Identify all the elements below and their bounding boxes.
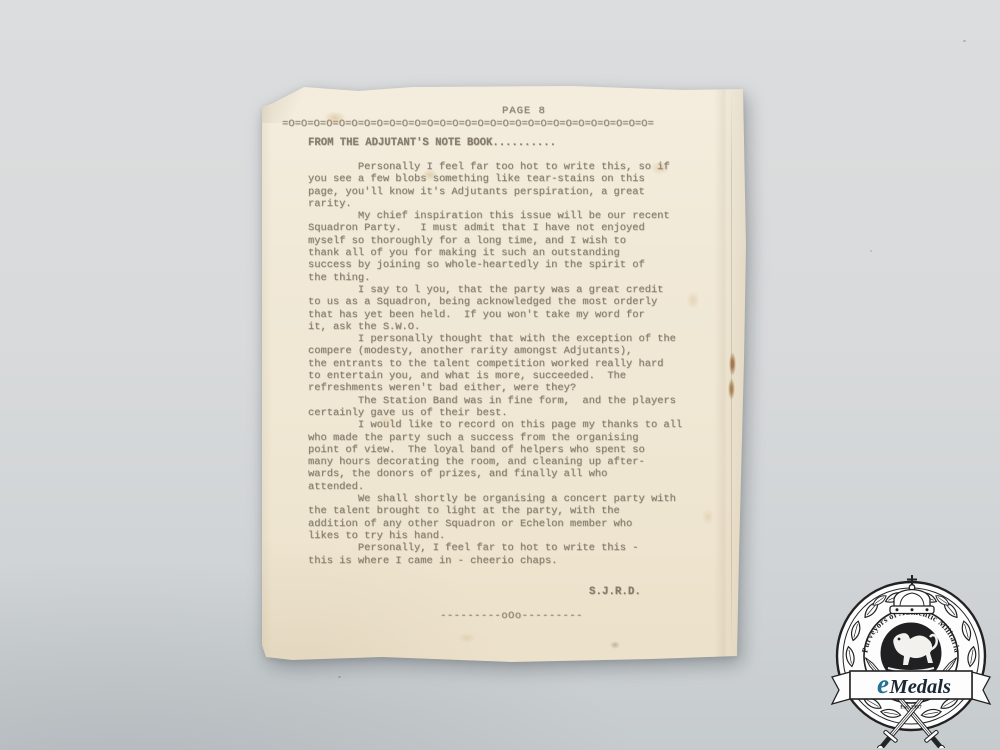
letter-page-wrapper: PAGE 8 =O=O=O=O=O=O=O=O=O=O=O=O=O=O=O=O=…: [262, 85, 746, 663]
typed-line: who made the party such a success from t…: [308, 432, 682, 444]
typed-line: many hours decorating the room, and clea…: [308, 456, 682, 468]
typed-line: you see a few blobs something like tear-…: [308, 173, 682, 185]
foxing-spot: [324, 111, 346, 125]
typed-line: The Station Band was in fine form, and t…: [308, 395, 682, 407]
established-text: Est. 1997: [900, 705, 922, 711]
crown-icon: [890, 575, 934, 614]
typed-line: page, you'll know it's Adjutants perspir…: [308, 186, 682, 198]
foxing-spot: [610, 641, 620, 649]
typed-line: myself so thoroughly for a long time, an…: [308, 235, 682, 247]
typed-line: Squadron Party. I must admit that I have…: [308, 222, 682, 234]
typed-line: rarity.: [308, 198, 682, 210]
letter-page: PAGE 8 =O=O=O=O=O=O=O=O=O=O=O=O=O=O=O=O=…: [262, 85, 746, 663]
typed-line: that has yet been held. If you won't tak…: [308, 309, 682, 321]
dust-speck: [870, 250, 872, 252]
typed-line: refreshments weren't bad either, were th…: [308, 382, 682, 394]
typed-line: to us as a Squadron, being acknowledged …: [308, 296, 682, 308]
dust-speck: [338, 676, 341, 678]
emedals-banner: eMedals: [832, 669, 990, 704]
typed-line: the talent brought to light at the party…: [308, 505, 682, 517]
letter-body: Personally I feel far too hot to write t…: [308, 161, 682, 567]
typed-line: addition of any other Squadron or Echelo…: [308, 518, 682, 530]
typed-line: wards, the donors of prizes, and finally…: [308, 468, 682, 480]
typed-line: Personally, I feel far to hot to write t…: [308, 542, 682, 554]
edge-stain: [728, 378, 735, 400]
foxing-spot: [378, 415, 392, 427]
typed-line: point of view. The loyal band of helpers…: [308, 444, 682, 456]
typed-line: certainly gave us of their best.: [308, 407, 682, 419]
page-number: PAGE 8: [502, 105, 546, 117]
typed-line: thank all of you for making it such an o…: [308, 247, 682, 259]
typed-line: Personally I feel far too hot to write t…: [308, 161, 682, 173]
typed-line: success by joining so whole-heartedly in…: [308, 259, 682, 271]
typed-line: We shall shortly be organising a concert…: [308, 493, 682, 505]
foxing-spot: [422, 169, 438, 181]
typed-line: this is where I came in - cheerio chaps.: [308, 555, 682, 567]
signature-initials: S.J.R.D.: [589, 586, 641, 598]
section-heading: FROM THE ADJUTANT'S NOTE BOOK..........: [308, 137, 556, 149]
typed-line: I say to l you, that the party was a gre…: [308, 284, 682, 296]
typed-line: likes to try his hand.: [308, 530, 682, 542]
typed-line: I personally thought that with the excep…: [308, 333, 682, 345]
typed-line: to entertain you, and what is more, succ…: [308, 370, 682, 382]
foxing-spot: [458, 633, 476, 643]
photo-background: PAGE 8 =O=O=O=O=O=O=O=O=O=O=O=O=O=O=O=O=…: [0, 0, 1000, 750]
edge-stain: [729, 352, 736, 376]
emedals-crest-watermark: Purveyors of Authentic Militaria: [830, 553, 992, 748]
end-divider: ---------oOo---------: [440, 610, 583, 622]
typed-line: My chief inspiration this issue will be …: [308, 210, 682, 222]
dust-speck: [963, 40, 966, 42]
foxing-spot: [686, 291, 700, 309]
typed-line: it, ask the S.W.O.: [308, 321, 682, 333]
typed-line: attended.: [308, 481, 682, 493]
typed-line: compere (modesty, another rarity amongst…: [308, 345, 682, 357]
foxing-spot: [650, 161, 670, 175]
foxing-spot: [702, 509, 714, 525]
typed-line: the entrants to the talent competition w…: [308, 358, 682, 370]
typed-line: the thing.: [308, 272, 682, 284]
typed-line: I would like to record on this page my t…: [308, 419, 682, 431]
